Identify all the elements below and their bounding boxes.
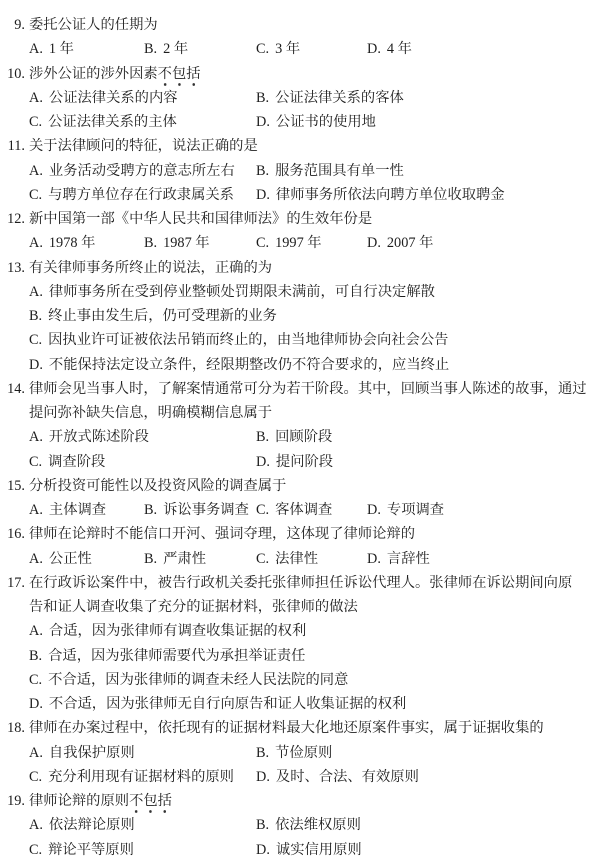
option-text: 自我保护原则 bbox=[49, 745, 135, 761]
option-text: 诉讼事务调查 bbox=[163, 502, 249, 518]
option-label: C. bbox=[256, 502, 269, 518]
options-line: C.调查阶段 D.提问阶段 bbox=[0, 450, 598, 474]
question-14: 14.律师会见当事人时，了解案情通常可分为若干阶段。其中，回顾当事人陈述的故事，… bbox=[0, 377, 598, 474]
option-b: B.诉讼事务调查 bbox=[144, 498, 249, 522]
option-text: 业务活动受聘方的意志所左右 bbox=[49, 163, 235, 179]
option-text: 不合适，因为张律师的调查未经人民法院的同意 bbox=[48, 672, 348, 688]
option-label: A. bbox=[29, 163, 43, 179]
stem-continuation-line: 提问弥补缺失信息，明确模糊信息属于 bbox=[0, 401, 598, 425]
option-text: 辩论平等原则 bbox=[48, 842, 134, 856]
option-label: A. bbox=[29, 284, 43, 300]
option-d: D.诚实信用原则 bbox=[256, 838, 362, 856]
option-text: 诚实信用原则 bbox=[276, 842, 362, 856]
options-line: A.1 年 B.2 年 C.3 年 D.4 年 bbox=[0, 37, 598, 61]
option-d: D.律师事务所依法向聘方单位收取聘金 bbox=[256, 183, 505, 207]
stem-continuation-line: 告和证人调查收集了充分的证据材料，张律师的做法 bbox=[0, 595, 598, 619]
option-text: 回顾阶段 bbox=[275, 429, 332, 445]
options-line: A.依法辩论原则 B.依法维权原则 bbox=[0, 813, 598, 837]
option-label: C. bbox=[29, 769, 42, 785]
option-label: B. bbox=[29, 648, 42, 664]
option-label: B. bbox=[144, 551, 157, 567]
option-text: 专项调查 bbox=[387, 502, 444, 518]
option-text: 1987 年 bbox=[163, 235, 209, 251]
option-text: 2007 年 bbox=[387, 235, 433, 251]
options-line: A.主体调查 B.诉讼事务调查 C.客体调查 D.专项调查 bbox=[0, 498, 598, 522]
question-number: 14. bbox=[0, 377, 25, 401]
stem-line: 15.分析投资可能性以及投资风险的调查属于 bbox=[0, 474, 598, 498]
option-text: 律师事务所依法向聘方单位收取聘金 bbox=[276, 187, 505, 203]
option-label: A. bbox=[29, 623, 43, 639]
option-c: C.1997 年 bbox=[256, 231, 322, 255]
stem-emphasis: 不包括 bbox=[158, 66, 201, 87]
question-19: 19.律师论辩的原则不包括 A.依法辩论原则 B.依法维权原则 C.辩论平等原则… bbox=[0, 789, 598, 856]
option-c: C.客体调查 bbox=[256, 498, 332, 522]
option-c: C.法律性 bbox=[256, 547, 318, 571]
option-d: D.不能保持法定设立条件，经限期整改仍不符合要求的，应当终止 bbox=[29, 353, 449, 377]
option-label: A. bbox=[29, 90, 43, 106]
option-label: C. bbox=[29, 114, 42, 130]
options-line: C.辩论平等原则 D.诚实信用原则 bbox=[0, 838, 598, 856]
question-number: 10. bbox=[0, 62, 25, 86]
option-label: A. bbox=[29, 429, 43, 445]
option-text: 言辞性 bbox=[387, 551, 430, 567]
option-d: D.不合适，因为张律师无自行向原告和证人收集证据的权利 bbox=[29, 692, 406, 716]
option-label: B. bbox=[256, 163, 269, 179]
option-text: 与聘方单位存在行政隶属关系 bbox=[48, 187, 234, 203]
question-11: 11.关于法律顾问的特征，说法正确的是 A.业务活动受聘方的意志所左右 B.服务… bbox=[0, 134, 598, 207]
option-c: C.调查阶段 bbox=[29, 450, 105, 474]
option-b: B.节俭原则 bbox=[256, 741, 332, 765]
option-d: D.提问阶段 bbox=[256, 450, 333, 474]
question-number: 11. bbox=[0, 134, 25, 158]
question-stem: 在行政诉讼案件中，被告行政机关委托张律师担任诉讼代理人。张律师在诉讼期间向原 bbox=[29, 575, 572, 591]
question-stem: 关于法律顾问的特征，说法正确的是 bbox=[29, 138, 258, 154]
option-label: B. bbox=[256, 429, 269, 445]
option-label: A. bbox=[29, 41, 43, 57]
option-label: A. bbox=[29, 817, 43, 833]
option-text: 不合适，因为张律师无自行向原告和证人收集证据的权利 bbox=[49, 696, 406, 712]
option-b: B.依法维权原则 bbox=[256, 813, 361, 837]
option-label: A. bbox=[29, 235, 43, 251]
option-a: A.公正性 bbox=[29, 547, 92, 571]
option-label: A. bbox=[29, 551, 43, 567]
question-10: 10.涉外公证的涉外因素不包括 A.公证法律关系的内容 B.公证法律关系的客体 … bbox=[0, 62, 598, 135]
option-text: 严肃性 bbox=[163, 551, 206, 567]
question-15: 15.分析投资可能性以及投资风险的调查属于 A.主体调查 B.诉讼事务调查 C.… bbox=[0, 474, 598, 523]
option-label: B. bbox=[144, 235, 157, 251]
option-label: D. bbox=[367, 235, 381, 251]
option-text: 依法辩论原则 bbox=[49, 817, 135, 833]
options-line: A.公正性 B.严肃性 C.法律性 D.言辞性 bbox=[0, 547, 598, 571]
question-17: 17.在行政诉讼案件中，被告行政机关委托张律师担任诉讼代理人。张律师在诉讼期间向… bbox=[0, 571, 598, 717]
option-b: B.服务范围具有单一性 bbox=[256, 159, 404, 183]
question-stem: 分析投资可能性以及投资风险的调查属于 bbox=[29, 478, 286, 494]
question-stem: 律师在办案过程中，依托现有的证据材料最大化地还原案件事实，属于证据收集的 bbox=[29, 720, 544, 736]
option-a: A.主体调查 bbox=[29, 498, 106, 522]
stem-line: 9.委托公证人的任期为 bbox=[0, 13, 598, 37]
option-d: D.言辞性 bbox=[367, 547, 430, 571]
option-text: 公证法律关系的客体 bbox=[275, 90, 404, 106]
option-label: B. bbox=[256, 745, 269, 761]
option-b: B.合适，因为张律师需要代为承担举证责任 bbox=[29, 644, 305, 668]
question-number: 17. bbox=[0, 571, 25, 595]
option-text: 客体调查 bbox=[275, 502, 332, 518]
option-label: C. bbox=[29, 454, 42, 470]
options-line: A.开放式陈述阶段 B.回顾阶段 bbox=[0, 425, 598, 449]
option-c: C.充分利用现有证据材料的原则 bbox=[29, 765, 234, 789]
stem-line: 10.涉外公证的涉外因素不包括 bbox=[0, 62, 598, 86]
options-line: B.合适，因为张律师需要代为承担举证责任 bbox=[0, 644, 598, 668]
option-label: A. bbox=[29, 502, 43, 518]
option-c: C.因执业许可证被依法吊销而终止的，由当地律师协会向社会公告 bbox=[29, 328, 448, 352]
option-text: 公证法律关系的内容 bbox=[49, 90, 178, 106]
options-line: C.不合适，因为张律师的调查未经人民法院的同意 bbox=[0, 668, 598, 692]
option-label: D. bbox=[256, 187, 270, 203]
option-d: D.2007 年 bbox=[367, 231, 433, 255]
question-stem: 律师在论辩时不能信口开河、强词夺理，这体现了律师论辩的 bbox=[29, 526, 415, 542]
option-text: 1978 年 bbox=[49, 235, 95, 251]
option-text: 1997 年 bbox=[275, 235, 321, 251]
option-text: 充分利用现有证据材料的原则 bbox=[48, 769, 234, 785]
question-stem: 新中国第一部《中华人民共和国律师法》的生效年份是 bbox=[29, 211, 372, 227]
option-label: B. bbox=[256, 90, 269, 106]
option-label: D. bbox=[29, 696, 43, 712]
option-label: B. bbox=[144, 41, 157, 57]
option-b: B.2 年 bbox=[144, 37, 188, 61]
option-label: D. bbox=[29, 357, 43, 373]
options-line: B.终止事由发生后，仍可受理新的业务 bbox=[0, 304, 598, 328]
option-text: 不能保持法定设立条件，经限期整改仍不符合要求的，应当终止 bbox=[49, 357, 449, 373]
option-text: 法律性 bbox=[275, 551, 318, 567]
question-stem-continued: 提问弥补缺失信息，明确模糊信息属于 bbox=[29, 405, 272, 421]
stem-line: 12.新中国第一部《中华人民共和国律师法》的生效年份是 bbox=[0, 207, 598, 231]
question-16: 16.律师在论辩时不能信口开河、强词夺理，这体现了律师论辩的 A.公正性 B.严… bbox=[0, 522, 598, 571]
option-c: C.辩论平等原则 bbox=[29, 838, 134, 856]
options-line: A.1978 年 B.1987 年 C.1997 年 D.2007 年 bbox=[0, 231, 598, 255]
exam-page: 9.委托公证人的任期为 A.1 年 B.2 年 C.3 年 D.4 年 10.涉… bbox=[0, 0, 598, 856]
option-d: D.公证书的使用地 bbox=[256, 110, 376, 134]
question-number: 12. bbox=[0, 207, 25, 231]
option-a: A.律师事务所在受到停业整顿处罚期限未满前，可自行决定解散 bbox=[29, 280, 435, 304]
option-b: B.回顾阶段 bbox=[256, 425, 332, 449]
option-c: C.与聘方单位存在行政隶属关系 bbox=[29, 183, 234, 207]
options-line: C.因执业许可证被依法吊销而终止的，由当地律师协会向社会公告 bbox=[0, 328, 598, 352]
option-text: 终止事由发生后，仍可受理新的业务 bbox=[48, 308, 277, 324]
option-d: D.4 年 bbox=[367, 37, 412, 61]
option-c: C.不合适，因为张律师的调查未经人民法院的同意 bbox=[29, 668, 348, 692]
option-label: D. bbox=[367, 41, 381, 57]
option-text: 1 年 bbox=[49, 41, 74, 57]
option-label: C. bbox=[29, 842, 42, 856]
option-b: B.公证法律关系的客体 bbox=[256, 86, 404, 110]
option-a: A.公证法律关系的内容 bbox=[29, 86, 178, 110]
option-text: 3 年 bbox=[275, 41, 300, 57]
question-13: 13.有关律师事务所终止的说法，正确的为 A.律师事务所在受到停业整顿处罚期限未… bbox=[0, 256, 598, 377]
option-text: 依法维权原则 bbox=[275, 817, 361, 833]
option-a: A.业务活动受聘方的意志所左右 bbox=[29, 159, 235, 183]
option-text: 律师事务所在受到停业整顿处罚期限未满前，可自行决定解散 bbox=[49, 284, 435, 300]
option-text: 合适，因为张律师有调查收集证据的权利 bbox=[49, 623, 306, 639]
option-a: A.1 年 bbox=[29, 37, 74, 61]
option-text: 开放式陈述阶段 bbox=[49, 429, 149, 445]
option-text: 调查阶段 bbox=[48, 454, 105, 470]
option-text: 2 年 bbox=[163, 41, 188, 57]
option-text: 4 年 bbox=[387, 41, 412, 57]
stem-line: 16.律师在论辩时不能信口开河、强词夺理，这体现了律师论辩的 bbox=[0, 522, 598, 546]
question-stem: 律师会见当事人时，了解案情通常可分为若干阶段。其中，回顾当事人陈述的故事，通过 bbox=[29, 381, 587, 397]
option-a: A.合适，因为张律师有调查收集证据的权利 bbox=[29, 619, 306, 643]
question-12: 12.新中国第一部《中华人民共和国律师法》的生效年份是 A.1978 年 B.1… bbox=[0, 207, 598, 256]
option-a: A.依法辩论原则 bbox=[29, 813, 135, 837]
option-label: B. bbox=[29, 308, 42, 324]
option-label: D. bbox=[256, 114, 270, 130]
stem-line: 18.律师在办案过程中，依托现有的证据材料最大化地还原案件事实，属于证据收集的 bbox=[0, 716, 598, 740]
option-label: C. bbox=[256, 235, 269, 251]
question-18: 18.律师在办案过程中，依托现有的证据材料最大化地还原案件事实，属于证据收集的 … bbox=[0, 716, 598, 789]
option-text: 公证法律关系的主体 bbox=[48, 114, 177, 130]
question-stem: 有关律师事务所终止的说法，正确的为 bbox=[29, 260, 272, 276]
option-text: 公证书的使用地 bbox=[276, 114, 376, 130]
option-label: C. bbox=[29, 672, 42, 688]
option-text: 主体调查 bbox=[49, 502, 106, 518]
option-label: C. bbox=[29, 332, 42, 348]
options-line: A.律师事务所在受到停业整顿处罚期限未满前，可自行决定解散 bbox=[0, 280, 598, 304]
options-line: C.与聘方单位存在行政隶属关系 D.律师事务所依法向聘方单位收取聘金 bbox=[0, 183, 598, 207]
options-line: D.不能保持法定设立条件，经限期整改仍不符合要求的，应当终止 bbox=[0, 353, 598, 377]
option-label: D. bbox=[367, 551, 381, 567]
question-stem: 涉外公证的涉外因素 bbox=[29, 66, 158, 82]
stem-line: 13.有关律师事务所终止的说法，正确的为 bbox=[0, 256, 598, 280]
question-9: 9.委托公证人的任期为 A.1 年 B.2 年 C.3 年 D.4 年 bbox=[0, 13, 598, 62]
option-label: A. bbox=[29, 745, 43, 761]
question-number: 18. bbox=[0, 716, 25, 740]
options-line: A.公证法律关系的内容 B.公证法律关系的客体 bbox=[0, 86, 598, 110]
option-text: 提问阶段 bbox=[276, 454, 333, 470]
question-stem: 委托公证人的任期为 bbox=[29, 17, 158, 33]
options-line: A.合适，因为张律师有调查收集证据的权利 bbox=[0, 619, 598, 643]
options-line: C.公证法律关系的主体 D.公证书的使用地 bbox=[0, 110, 598, 134]
option-text: 服务范围具有单一性 bbox=[275, 163, 404, 179]
option-text: 因执业许可证被依法吊销而终止的，由当地律师协会向社会公告 bbox=[48, 332, 448, 348]
option-text: 节俭原则 bbox=[275, 745, 332, 761]
option-text: 合适，因为张律师需要代为承担举证责任 bbox=[48, 648, 305, 664]
option-d: D.及时、合法、有效原则 bbox=[256, 765, 419, 789]
option-label: B. bbox=[144, 502, 157, 518]
question-number: 16. bbox=[0, 522, 25, 546]
question-stem-continued: 告和证人调查收集了充分的证据材料，张律师的做法 bbox=[29, 599, 358, 615]
option-b: B.严肃性 bbox=[144, 547, 206, 571]
option-label: D. bbox=[256, 842, 270, 856]
options-line: A.业务活动受聘方的意志所左右 B.服务范围具有单一性 bbox=[0, 159, 598, 183]
option-text: 公正性 bbox=[49, 551, 92, 567]
options-line: C.充分利用现有证据材料的原则 D.及时、合法、有效原则 bbox=[0, 765, 598, 789]
stem-line: 17.在行政诉讼案件中，被告行政机关委托张律师担任诉讼代理人。张律师在诉讼期间向… bbox=[0, 571, 598, 595]
option-c: C.公证法律关系的主体 bbox=[29, 110, 177, 134]
option-label: D. bbox=[256, 769, 270, 785]
option-text: 及时、合法、有效原则 bbox=[276, 769, 419, 785]
option-label: C. bbox=[256, 551, 269, 567]
option-c: C.3 年 bbox=[256, 37, 300, 61]
question-number: 15. bbox=[0, 474, 25, 498]
stem-line: 19.律师论辩的原则不包括 bbox=[0, 789, 598, 813]
options-line: D.不合适，因为张律师无自行向原告和证人收集证据的权利 bbox=[0, 692, 598, 716]
stem-emphasis: 不包括 bbox=[129, 793, 172, 814]
stem-line: 14.律师会见当事人时，了解案情通常可分为若干阶段。其中，回顾当事人陈述的故事，… bbox=[0, 377, 598, 401]
question-number: 13. bbox=[0, 256, 25, 280]
stem-line: 11.关于法律顾问的特征，说法正确的是 bbox=[0, 134, 598, 158]
option-label: D. bbox=[256, 454, 270, 470]
option-d: D.专项调查 bbox=[367, 498, 444, 522]
option-label: C. bbox=[256, 41, 269, 57]
option-a: A.开放式陈述阶段 bbox=[29, 425, 149, 449]
question-number: 9. bbox=[0, 13, 25, 37]
option-label: C. bbox=[29, 187, 42, 203]
option-b: B.1987 年 bbox=[144, 231, 210, 255]
option-a: A.自我保护原则 bbox=[29, 741, 135, 765]
options-line: A.自我保护原则 B.节俭原则 bbox=[0, 741, 598, 765]
option-a: A.1978 年 bbox=[29, 231, 95, 255]
option-label: D. bbox=[367, 502, 381, 518]
option-label: B. bbox=[256, 817, 269, 833]
option-b: B.终止事由发生后，仍可受理新的业务 bbox=[29, 304, 277, 328]
question-number: 19. bbox=[0, 789, 25, 813]
question-stem: 律师论辩的原则 bbox=[29, 793, 129, 809]
